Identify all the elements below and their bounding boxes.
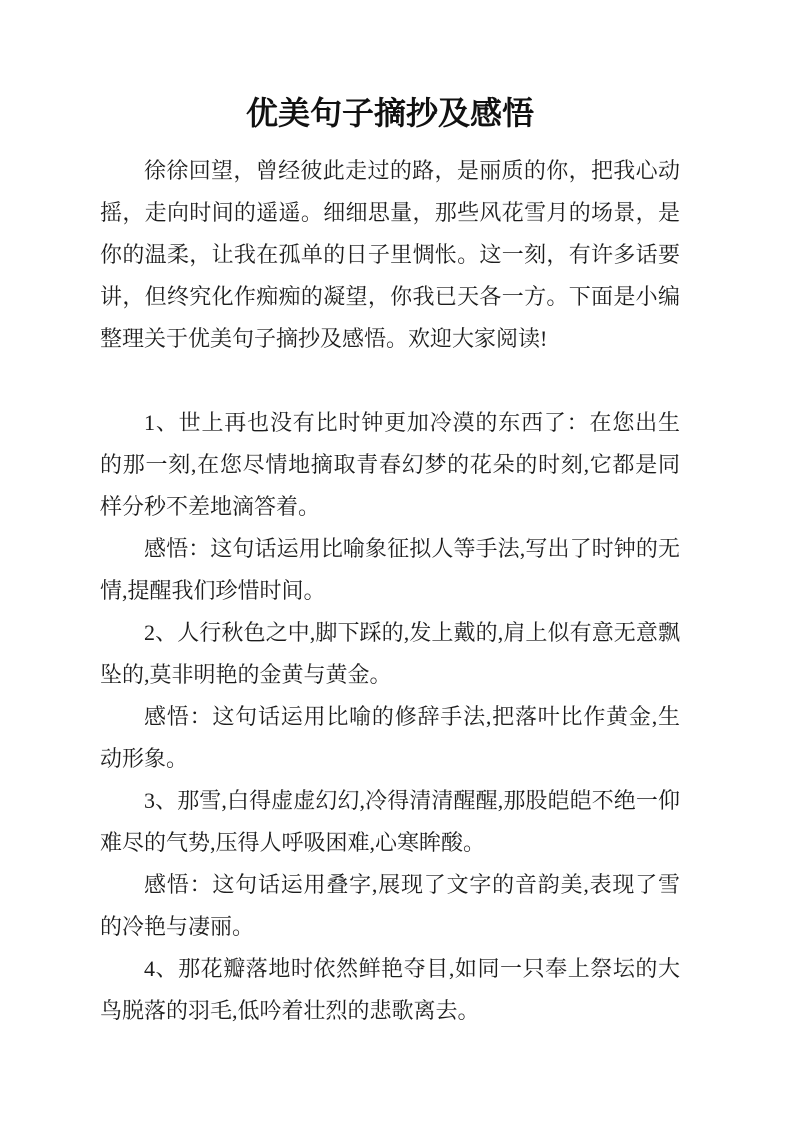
document-title: 优美句子摘抄及感悟 (100, 90, 680, 136)
intro-paragraph: 徐徐回望，曾经彼此走过的路，是丽质的你，把我心动摇，走向时间的遥遥。细细思量，那… (100, 150, 680, 360)
document-page: 优美句子摘抄及感悟 徐徐回望，曾经彼此走过的路，是丽质的你，把我心动摇，走向时间… (0, 0, 800, 1132)
quote-paragraph-4: 4、那花瓣落地时依然鲜艳夺目,如同一只奉上祭坛的大鸟脱落的羽毛,低吟着壮烈的悲歌… (100, 948, 680, 1032)
reflection-paragraph-3: 感悟：这句话运用叠字,展现了文字的音韵美,表现了雪的冷艳与凄丽。 (100, 864, 680, 948)
quote-paragraph-2: 2、人行秋色之中,脚下踩的,发上戴的,肩上似有意无意飘坠的,莫非明艳的金黄与黄金… (100, 612, 680, 696)
quote-paragraph-1: 1、世上再也没有比时钟更加冷漠的东西了：在您出生的那一刻,在您尽情地摘取青春幻梦… (100, 402, 680, 528)
reflection-paragraph-2: 感悟：这句话运用比喻的修辞手法,把落叶比作黄金,生动形象。 (100, 696, 680, 780)
reflection-paragraph-1: 感悟：这句话运用比喻象征拟人等手法,写出了时钟的无情,提醒我们珍惜时间。 (100, 528, 680, 612)
quote-paragraph-3: 3、那雪,白得虚虚幻幻,冷得清清醒醒,那股皑皑不绝一仰难尽的气势,压得人呼吸困难… (100, 780, 680, 864)
